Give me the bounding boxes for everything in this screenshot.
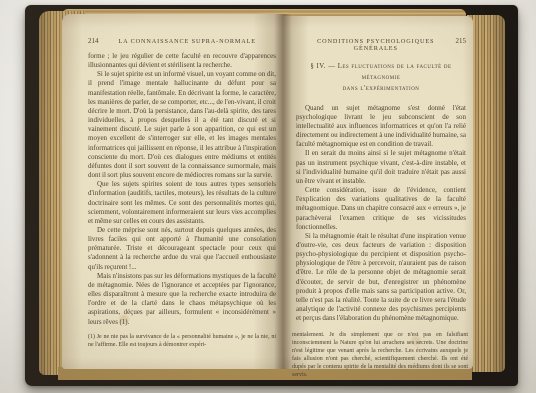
right-footnote: mentalement. Je dis simplement que ce n'…: [292, 332, 468, 379]
left-footnote: (1) Je ne nie pas la survivance de la « …: [88, 334, 276, 350]
left-running-title: LA CONNAISSANCE SUPRA-NORMALE: [99, 38, 277, 45]
left-page-number: 214: [88, 37, 99, 45]
right-running-header: CONDITIONS PSYCHOLOGIQUES GÉNÉRALES 215: [296, 37, 466, 52]
paragraph: De cette méprise sont nés, surtout depui…: [88, 226, 276, 272]
left-page-body: forme ; le jeu régulier de cette faculté…: [88, 52, 276, 327]
paragraph: Il en serait du moins ainsi si le sujet …: [296, 149, 466, 186]
right-page-number: 215: [456, 37, 467, 45]
book-photo: 214 LA CONNAISSANCE SUPRA-NORMALE forme …: [0, 0, 536, 393]
paragraph: Si le sujet spirite est un informé visue…: [88, 70, 276, 180]
right-page-body: Quand un sujet métagnome s'est donné l'é…: [296, 104, 466, 324]
left-page-text: 214 LA CONNAISSANCE SUPRA-NORMALE forme …: [88, 37, 276, 350]
paragraph: Que les sujets spirites soient de tous a…: [88, 180, 276, 226]
section-heading-line-1: § IV. — Les fluctuations de la faculté d…: [298, 62, 464, 84]
paragraph: Cette considération, issue de l'évidence…: [296, 186, 466, 232]
section-heading: § IV. — Les fluctuations de la faculté d…: [298, 62, 464, 95]
paragraph: Mais n'insistons pas sur les déformation…: [88, 272, 276, 327]
paragraph: Si la métagnomie était le résultat d'une…: [296, 232, 466, 324]
paragraph: forme ; le jeu régulier de cette faculté…: [88, 52, 276, 70]
paragraph: Quand un sujet métagnome s'est donné l'é…: [296, 104, 466, 150]
section-heading-line-2: dans l'expérimentation: [298, 84, 464, 95]
left-running-header: 214 LA CONNAISSANCE SUPRA-NORMALE: [88, 37, 276, 45]
right-page-text: CONDITIONS PSYCHOLOGIQUES GÉNÉRALES 215 …: [296, 37, 466, 380]
right-running-title: CONDITIONS PSYCHOLOGIQUES GÉNÉRALES: [296, 38, 456, 52]
